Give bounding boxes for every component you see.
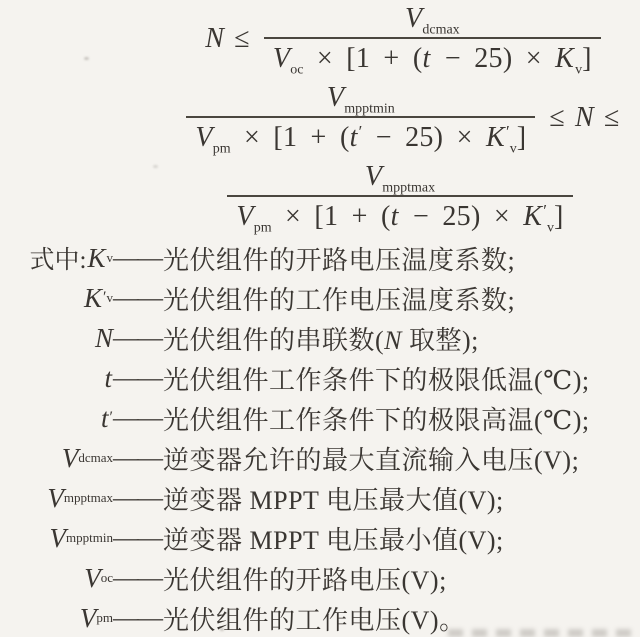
variable-kv-prime: K [523,201,542,232]
definition-text: 光伏组件的工作电压(V)。 [163,600,466,637]
operator-times-open: × [1 + ( [304,43,423,74]
definition-term: Voc [0,563,113,594]
definition-row-t-prime: t′ —— 光伏组件工作条件下的极限高温(℃); [0,398,640,438]
fraction: Vdcmax Voc × [1 + (t − 25) × Kv] [264,5,601,73]
operator-times-open: × [1 + ( [272,201,391,232]
formula-block: N ≤ Vdcmax Voc × [1 + (t − 25) × Kv] Vmp… [0,0,640,231]
operator-minus25-times: − 25) × [362,122,486,153]
less-equal-sign: ≤ [604,104,620,132]
fraction: Vmpptmin Vpm × [1 + (t′ − 25) × K′v] [186,84,535,152]
operator-times-open: × [1 + ( [231,122,350,153]
definition-row-kv: 式中:Kv —— 光伏组件的开路电压温度系数; [0,238,640,278]
variable-vmpptmin: V [327,82,344,113]
definition-dash: —— [113,523,161,553]
prime-mark: ′ [103,289,107,307]
variable-voc: V [84,563,101,594]
variable-vmpptmax: V [365,161,382,192]
variable-vpm: V [236,201,253,232]
variable-n: N [95,323,113,354]
variable-kv-prime: K [84,283,102,314]
variable-vpm: V [195,122,212,153]
subscript-v: v [510,142,517,157]
definition-row-vmpptmin: Vmpptmin —— 逆变器 MPPT 电压最小值(V); [0,518,640,558]
definition-dash: —— [113,243,161,273]
numerator: Vmpptmax [357,163,443,195]
definition-term: N [0,323,113,354]
definition-dash: —— [113,363,161,393]
definition-text: 光伏组件的开路电压温度系数; [163,240,515,277]
less-equal-sign: ≤ [549,104,565,132]
definition-dash: —— [113,483,161,513]
denominator: Vpm × [1 + (t′ − 25) × K′v] [186,116,535,152]
variable-kv: K [555,43,574,74]
definition-text: 光伏组件的串联数(N 取整); [163,320,479,357]
definition-text: 光伏组件的开路电压(V); [163,560,447,597]
definition-dash: —— [113,403,161,433]
variable-vmpptmax: V [47,483,64,514]
definition-term: 式中:Kv [0,240,113,276]
definition-text: 光伏组件的工作电压温度系数; [163,280,515,317]
subscript-pm: pm [254,221,272,236]
fraction: Vmpptmax Vpm × [1 + (t − 25) × K′v] [227,163,572,231]
definition-row-n: N —— 光伏组件的串联数(N 取整); [0,318,640,358]
formula-upper-bound: Vmpptmax Vpm × [1 + (t − 25) × K′v] [80,163,640,231]
definition-row-kv-prime: K′v —— 光伏组件的工作电压温度系数; [0,278,640,318]
variable-n: N [205,25,224,53]
formula-max-series-count: N ≤ Vdcmax Voc × [1 + (t − 25) × Kv] [85,5,640,73]
closing-bracket: ] [517,122,527,153]
definition-row-voc: Voc —— 光伏组件的开路电压(V); [0,558,640,598]
variable-vdcmax: V [405,3,422,34]
variable-vdcmax: V [62,443,79,474]
subscript-pm: pm [213,142,231,157]
scan-noise-speck [153,165,158,168]
definition-text: 逆变器 MPPT 电压最大值(V); [163,480,504,517]
definition-term: Vmpptmin [0,523,113,554]
variable-n: N [575,104,594,132]
operator-minus25-times: − 25) × [400,201,524,232]
prime-mark: ′ [506,122,510,141]
definition-dash: —— [113,603,161,633]
formula-min-series-count: Vmpptmin Vpm × [1 + (t′ − 25) × K′v] ≤ N… [86,84,640,152]
definition-term: Vdcmax [0,443,113,474]
prime-mark: ′ [543,201,547,220]
where-label: 式中: [30,240,87,276]
numerator: Vdcmax [397,5,468,37]
variable-kv: K [87,243,105,274]
definition-row-vmpptmax: Vmpptmax —— 逆变器 MPPT 电压最大值(V); [0,478,640,518]
definition-term: t [0,363,113,394]
subscript-mpptmin: mpptmin [344,102,395,117]
variable-voc: V [273,43,290,74]
less-equal-sign: ≤ [234,25,250,53]
definition-text: 逆变器允许的最大直流输入电压(V); [163,440,579,477]
definition-dash: —— [113,283,161,313]
variable-definitions-list: 式中:Kv —— 光伏组件的开路电压温度系数; K′v —— 光伏组件的工作电压… [0,238,640,637]
numerator: Vmpptmin [319,84,403,116]
variable-t: t [422,43,430,74]
scan-edge-artifact [448,629,638,637]
variable-t-prime: t [101,403,109,434]
variable-vmpptmin: V [50,523,67,554]
definition-text-post: 取整); [402,326,479,355]
definition-dash: —— [113,323,161,353]
variable-t: t [104,363,112,394]
definition-text: 光伏组件工作条件下的极限低温(℃); [163,360,590,397]
definition-term: K′v [0,283,113,314]
definition-text-pre: 光伏组件的串联数( [163,326,384,355]
variable-vpm: V [80,603,97,634]
definition-dash: —— [113,443,161,473]
definition-term: Vmpptmax [0,483,113,514]
definition-term: t′ [0,403,113,434]
closing-bracket: ] [554,201,564,232]
scan-noise-speck [220,628,224,631]
operator-minus25-times: − 25) × [432,43,556,74]
subscript-oc: oc [290,63,303,78]
subscript-mpptmax: mpptmax [382,181,435,196]
denominator: Voc × [1 + (t − 25) × Kv] [264,37,601,73]
definition-text: 光伏组件工作条件下的极限高温(℃); [163,400,590,437]
definition-row-t: t —— 光伏组件工作条件下的极限低温(℃); [0,358,640,398]
variable-t: t [391,201,399,232]
variable-t-prime: t [350,122,358,153]
scanned-document-page: N ≤ Vdcmax Voc × [1 + (t − 25) × Kv] Vmp… [0,0,640,637]
definition-term: Vpm [0,603,113,634]
denominator: Vpm × [1 + (t − 25) × K′v] [227,195,572,231]
definition-row-vdcmax: Vdcmax —— 逆变器允许的最大直流输入电压(V); [0,438,640,478]
variable-kv-prime: K [486,122,505,153]
subscript-v: v [547,221,554,236]
scan-noise-speck [84,57,89,60]
definition-dash: —— [113,563,161,593]
closing-bracket: ] [582,43,592,74]
variable-n: N [384,326,402,355]
definition-text: 逆变器 MPPT 电压最小值(V); [163,520,504,557]
subscript-dcmax: dcmax [422,23,459,38]
